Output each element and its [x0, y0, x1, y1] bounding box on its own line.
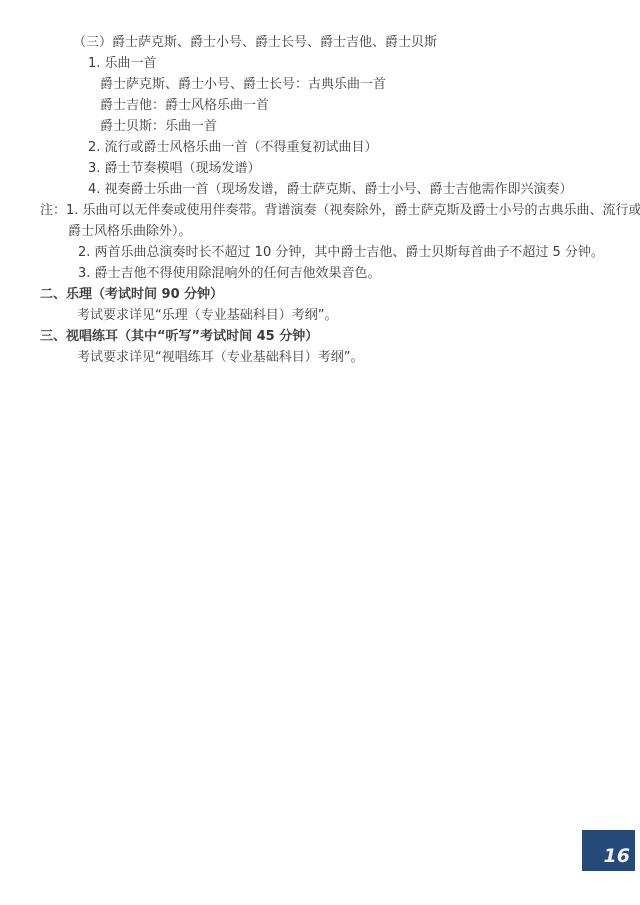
text-line-body: 考试要求详见“乐理（专业基础科目）考纲”。: [0, 305, 640, 326]
text-line-heading-3: 三、视唱练耳（其中“听写”考试时间 45 分钟）: [0, 326, 640, 347]
text-line-note-2: 2. 两首乐曲总演奏时长不超过 10 分钟，其中爵士吉他、爵士贝斯每首曲子不超过…: [0, 242, 640, 263]
text-line-note-1-wrap: 爵士风格乐曲除外）。: [0, 221, 640, 242]
page-number: 16: [604, 845, 635, 871]
text-line-note-1: 注：1. 乐曲可以无伴奏或使用伴奏带。背谱演奏（视奏除外，爵士萨克斯及爵士小号的…: [0, 200, 640, 221]
text-line-sub: 爵士萨克斯、爵士小号、爵士长号：古典乐曲一首: [0, 74, 640, 95]
text-line-body: 考试要求详见“视唱练耳（专业基础科目）考纲”。: [0, 347, 640, 368]
text-line-item-4: 4. 视奏爵士乐曲一首（现场发谱，爵士萨克斯、爵士小号、爵士吉他需作即兴演奏）: [0, 179, 640, 200]
text-line-item-1: 1. 乐曲一首: [0, 53, 640, 74]
text-line-item-3: 3. 爵士节奏模唱（现场发谱）: [0, 158, 640, 179]
page-number-badge: 16: [582, 830, 635, 871]
text-line-sub: 爵士吉他：爵士风格乐曲一首: [0, 95, 640, 116]
document-page: （三）爵士萨克斯、爵士小号、爵士长号、爵士吉他、爵士贝斯 1. 乐曲一首 爵士萨…: [0, 0, 640, 905]
text-line-section-heading: （三）爵士萨克斯、爵士小号、爵士长号、爵士吉他、爵士贝斯: [0, 32, 640, 53]
text-line-sub: 爵士贝斯：乐曲一首: [0, 116, 640, 137]
text-line-note-3: 3. 爵士吉他不得使用除混响外的任何吉他效果音色。: [0, 263, 640, 284]
text-line-heading-2: 二、乐理（考试时间 90 分钟）: [0, 284, 640, 305]
text-line-item-2: 2. 流行或爵士风格乐曲一首（不得重复初试曲目）: [0, 137, 640, 158]
document-content: （三）爵士萨克斯、爵士小号、爵士长号、爵士吉他、爵士贝斯 1. 乐曲一首 爵士萨…: [0, 32, 640, 368]
